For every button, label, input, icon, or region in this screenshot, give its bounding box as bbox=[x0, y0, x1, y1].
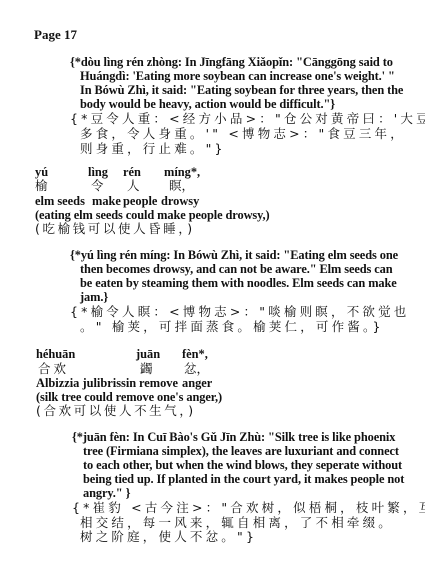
hanzi-word: 蠲 bbox=[140, 362, 153, 376]
note-en-line: Huángdì: 'Eating more soybean can increa… bbox=[80, 69, 395, 83]
pinyin-word: juān bbox=[136, 347, 160, 361]
note-en-line: then becomes drowsy, and can not be awar… bbox=[80, 262, 393, 276]
note-en-line: tree (Firmiana simplex), the leaves are … bbox=[83, 444, 399, 458]
gloss-word: drowsy bbox=[161, 194, 199, 208]
note-en-line: {*juān fèn: In Cuī Bào's Gǔ Jīn Zhù: "Si… bbox=[72, 430, 395, 444]
gloss-word: people bbox=[123, 194, 157, 208]
verse-translation: (eating elm seeds could make people drow… bbox=[35, 208, 270, 222]
note-en-line: being tied up. If planted in the court y… bbox=[83, 472, 404, 486]
gloss-word: remove bbox=[139, 376, 178, 390]
hanzi-word: 令 bbox=[91, 179, 104, 193]
pinyin-word: fèn*, bbox=[182, 347, 208, 361]
verse-translation: (silk tree could remove one's anger,) bbox=[36, 390, 222, 404]
hanzi-word: 忿， bbox=[184, 362, 209, 376]
gloss-word: anger bbox=[182, 376, 212, 390]
note-cn-line: 则身重，行止难。"} bbox=[80, 142, 226, 156]
pinyin-word: héhuān bbox=[36, 347, 75, 361]
page-number: Page 17 bbox=[34, 27, 77, 43]
note-cn-line: {*崔豹 <古今注>："合欢树，似梧桐，枝叶繁，互 bbox=[72, 501, 425, 515]
note-cn-line: 。" 榆荚，可拌面蒸食。榆荚仁，可作酱。} bbox=[80, 320, 384, 334]
hanzi-word: 榆 bbox=[35, 179, 48, 193]
pinyin-word: míng*, bbox=[164, 165, 200, 179]
gloss-word: make bbox=[92, 194, 121, 208]
note-en-line: {*dòu lìng rén zhòng: In Jīngfāng Xiǎopǐ… bbox=[70, 55, 393, 69]
verse-chinese-translation: (合欢可以使人不生气，) bbox=[36, 404, 196, 418]
gloss-word: elm seeds bbox=[35, 194, 85, 208]
note-en-line: angry." } bbox=[83, 486, 130, 500]
pinyin-word: lìng bbox=[88, 165, 108, 179]
hanzi-word: 人 bbox=[127, 179, 140, 193]
note-en-line: to each other, but when the wind blows, … bbox=[83, 458, 402, 472]
note-cn-line: {*豆令人重：<经方小品>："仓公对黄帝曰：'大豆 bbox=[70, 112, 425, 126]
verse-chinese-translation: (吃榆钱可以使人昏睡，) bbox=[35, 222, 195, 236]
note-cn-line: 多食，令人身重。'" <博物志>："食豆三年， bbox=[80, 127, 406, 141]
hanzi-word: 瞑， bbox=[169, 179, 194, 193]
note-en-line: jam.} bbox=[80, 290, 108, 304]
pinyin-word: yú bbox=[35, 165, 48, 179]
pinyin-word: rén bbox=[123, 165, 141, 179]
note-cn-line: 树之阶庭，使人不忿。"} bbox=[80, 530, 257, 544]
note-en-line: be eaten by steaming them with noodles. … bbox=[80, 276, 397, 290]
note-cn-line: {*榆令人瞑：<博物志>："啖榆则瞑，不欲觉也 bbox=[70, 305, 410, 319]
note-en-line: In Bówù Zhì, it said: "Eating soybean fo… bbox=[80, 83, 403, 97]
gloss-word: Albizzia julibrissin bbox=[36, 376, 136, 390]
note-cn-line: 相交结，每一风来，辄自相离，了不相牵缀。 bbox=[80, 516, 394, 530]
hanzi-word: 合欢 bbox=[38, 362, 69, 376]
note-en-line: {*yú lìng rén míng: In Bówù Zhì, it said… bbox=[70, 248, 398, 262]
note-en-line: body would be heavy, action would be dif… bbox=[80, 97, 335, 111]
